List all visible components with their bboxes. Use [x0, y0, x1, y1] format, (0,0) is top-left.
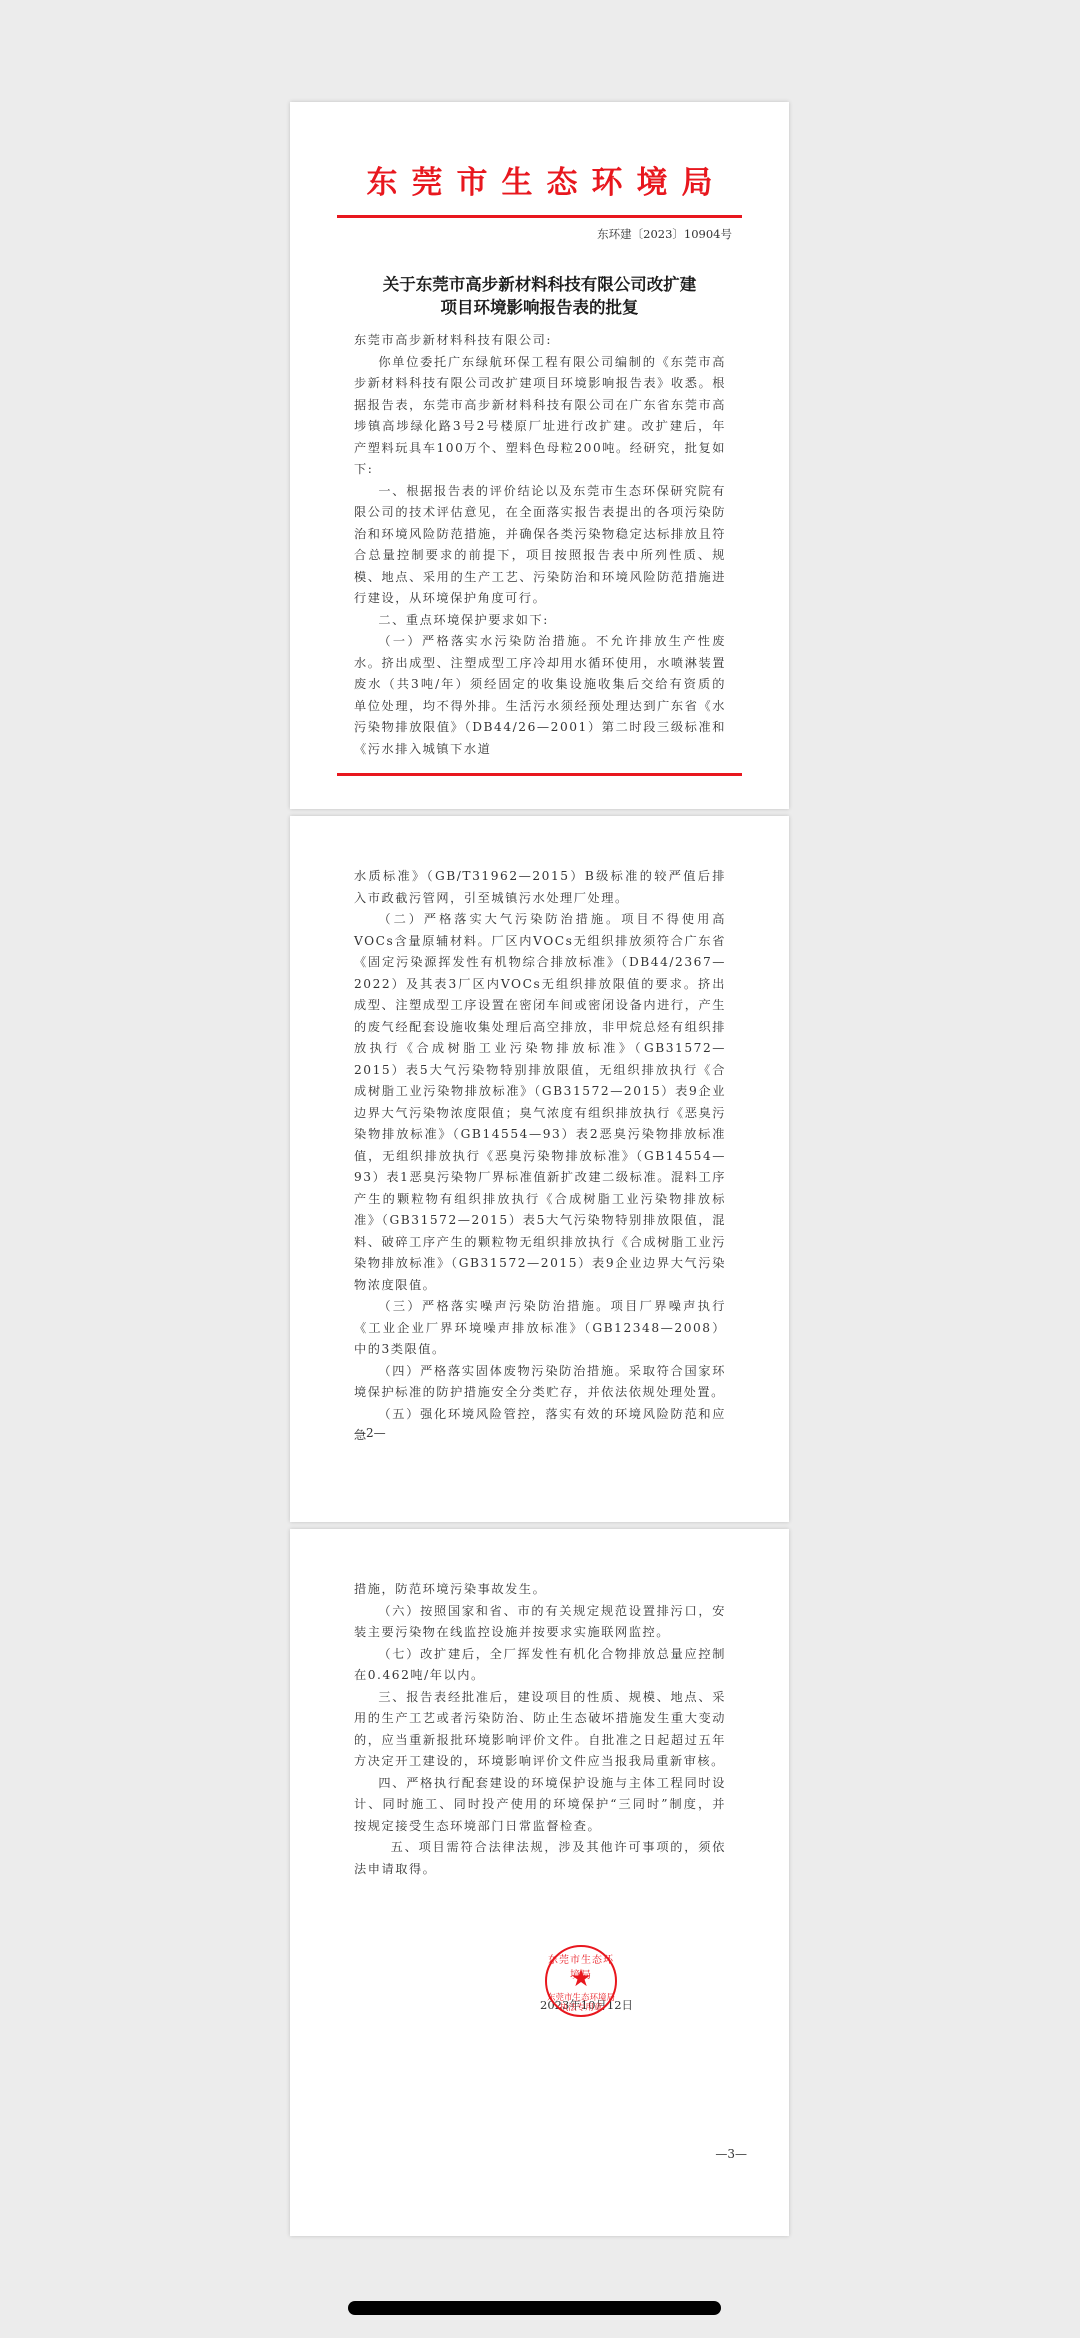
document-number: 东环建〔2023〕10904号	[597, 226, 732, 242]
home-indicator-bar[interactable]	[348, 2301, 721, 2315]
paragraph: （一）严格落实水污染防治措施。不允许排放生产性废水。挤出成型、注塑成型工序冷却用…	[354, 631, 726, 760]
paragraph: 措施，防范环境污染事故发生。	[354, 1579, 726, 1601]
paragraph: （二）严格落实大气污染防治措施。项目不得使用高VOCs含量原辅材料。厂区内VOC…	[354, 909, 726, 1296]
star-icon: ★	[547, 1964, 615, 1992]
paragraph: （七）改扩建后，全厂挥发性有机化合物排放总量应控制在0.462吨/年以内。	[354, 1644, 726, 1687]
red-divider	[337, 215, 742, 218]
body-text: 措施，防范环境污染事故发生。 （六）按照国家和省、市的有关规定规范设置排污口，安…	[354, 1579, 726, 1880]
issuer-masthead: 东莞市生态环境局	[290, 157, 789, 202]
official-seal: 东莞市生态环境局 ★ 东莞市生态环境局 执法专用章	[545, 1945, 617, 2017]
red-divider	[337, 773, 742, 776]
paragraph: 一、根据报告表的评价结论以及东莞市生态环保研究院有限公司的技术评估意见，在全面落…	[354, 481, 726, 610]
paragraph: （五）强化环境风险管控，落实有效的环境风险防范和应急	[354, 1404, 726, 1447]
document-title: 关于东莞市高步新材料科技有限公司改扩建 项目环境影响报告表的批复	[330, 273, 749, 319]
paragraph: （三）严格落实噪声污染防治措施。项目厂界噪声执行《工业企业厂界环境噪声排放标准》…	[354, 1296, 726, 1361]
paragraph: 你单位委托广东绿航环保工程有限公司编制的《东莞市高步新材料科技有限公司改扩建项目…	[354, 352, 726, 481]
title-line-2: 项目环境影响报告表的批复	[330, 296, 749, 319]
paragraph: （六）按照国家和省、市的有关规定规范设置排污口，安装主要污染物在线监控设施并按要…	[354, 1601, 726, 1644]
paragraph: 水质标准》（GB/T31962—2015）B级标准的较严值后排入市政截污管网，引…	[354, 866, 726, 909]
addressee: 东莞市高步新材料科技有限公司:	[354, 330, 726, 352]
document-page-3: 措施，防范环境污染事故发生。 （六）按照国家和省、市的有关规定规范设置排污口，安…	[290, 1529, 789, 2236]
page-number: —2—	[354, 1426, 386, 1440]
seal-text-line-2: 执法专用章	[547, 2001, 615, 2013]
paragraph: 五、项目需符合法律法规，涉及其他许可事项的，须依法申请取得。	[354, 1837, 726, 1880]
paragraph: （四）严格落实固体废物污染防治措施。采取符合国家环境保护标准的防护措施安全分类贮…	[354, 1361, 726, 1404]
body-text: 东莞市高步新材料科技有限公司: 你单位委托广东绿航环保工程有限公司编制的《东莞市…	[354, 330, 726, 760]
body-text: 水质标准》（GB/T31962—2015）B级标准的较严值后排入市政截污管网，引…	[354, 866, 726, 1447]
paragraph: 三、报告表经批准后，建设项目的性质、规模、地点、采用的生产工艺或者污染防治、防止…	[354, 1687, 726, 1773]
page-number: —3—	[715, 2147, 747, 2161]
title-line-1: 关于东莞市高步新材料科技有限公司改扩建	[330, 273, 749, 296]
document-page-2: 水质标准》（GB/T31962—2015）B级标准的较严值后排入市政截污管网，引…	[290, 816, 789, 1522]
document-page-1: 东莞市生态环境局 东环建〔2023〕10904号 关于东莞市高步新材料科技有限公…	[290, 102, 789, 809]
paragraph: 二、重点环境保护要求如下:	[354, 610, 726, 632]
paragraph: 四、严格执行配套建设的环境保护设施与主体工程同时设计、同时施工、同时投产使用的环…	[354, 1773, 726, 1838]
